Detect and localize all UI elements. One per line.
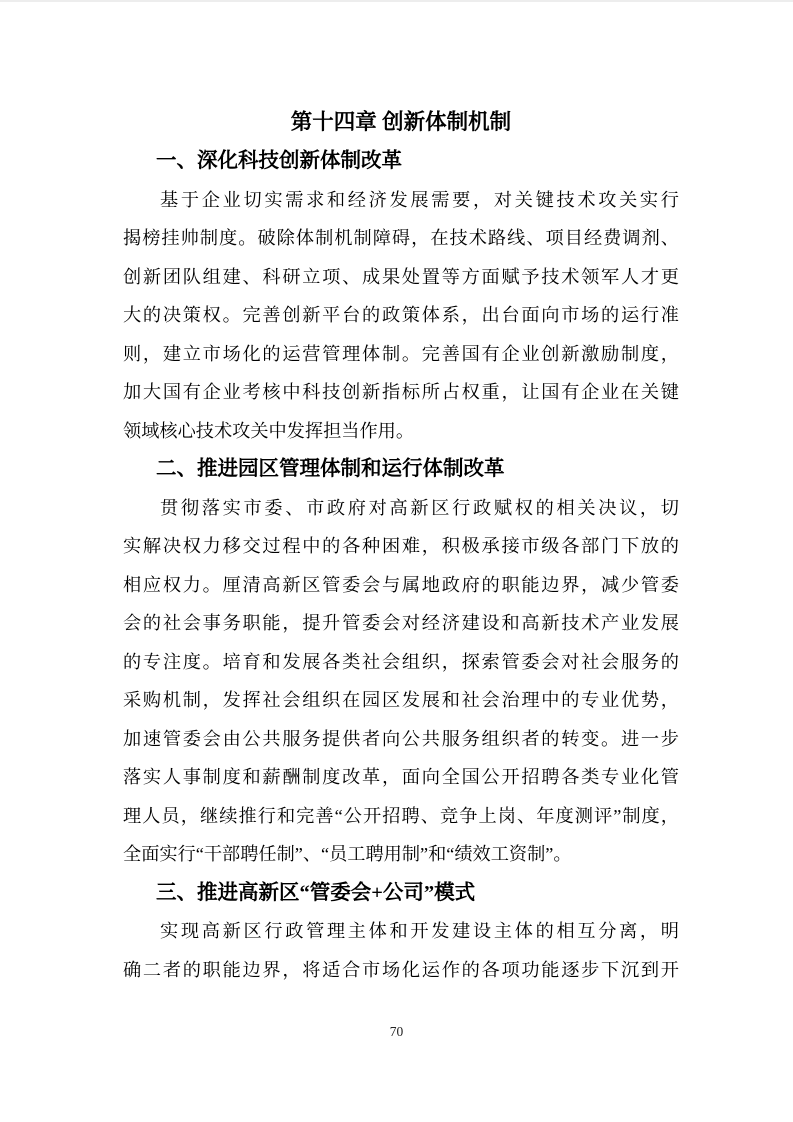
body-line: 实解决权力移交过程中的各种困难，积极承接市级各部门下放的 (123, 527, 679, 566)
body-line: 加速管委会由公共服务提供者向公共服务组织者的转变。进一步 (123, 720, 679, 759)
page-number: 70 (0, 1024, 793, 1040)
body-line: 的专注度。培育和发展各类社会组织，探索管委会对社会服务的 (123, 643, 679, 682)
section-heading-1: 一、深化科技创新体制改革 (123, 142, 679, 181)
body-line: 领域核心技术攻关中发挥担当作用。 (123, 412, 679, 451)
body-line: 贯彻落实市委、市政府对高新区行政赋权的相关决议，切 (123, 489, 679, 528)
page-content: 第十四章 创新体制机制 一、深化科技创新体制改革 基于企业切实需求和经济发展需要… (123, 102, 679, 989)
body-line: 则，建立市场化的运营管理体制。完善国有企业创新激励制度， (123, 335, 679, 374)
body-line: 相应权力。厘清高新区管委会与属地政府的职能边界，减少管委 (123, 566, 679, 605)
body-line: 基于企业切实需求和经济发展需要，对关键技术攻关实行 (123, 181, 679, 220)
chapter-title: 第十四章 创新体制机制 (123, 102, 679, 142)
body-line: 理人员，继续推行和完善“公开招聘、竞争上岗、年度测评”制度， (123, 797, 679, 836)
body-line: 实现高新区行政管理主体和开发建设主体的相互分离，明 (123, 912, 679, 951)
document-page: 第十四章 创新体制机制 一、深化科技创新体制改革 基于企业切实需求和经济发展需要… (0, 0, 793, 1122)
body-line: 确二者的职能边界，将适合市场化运作的各项功能逐步下沉到开 (123, 951, 679, 990)
body-line: 落实人事制度和薪酬制度改革，面向全国公开招聘各类专业化管 (123, 758, 679, 797)
body-line: 大的决策权。完善创新平台的政策体系，出台面向市场的运行准 (123, 296, 679, 335)
body-line: 采购机制，发挥社会组织在园区发展和社会治理中的专业优势， (123, 681, 679, 720)
section-heading-2: 二、推进园区管理体制和运行体制改革 (123, 450, 679, 489)
body-line: 会的社会事务职能，提升管委会对经济建设和高新技术产业发展 (123, 604, 679, 643)
body-line: 全面实行“干部聘任制”、“员工聘用制”和“绩效工资制”。 (123, 835, 679, 874)
section-heading-3: 三、推进高新区“管委会+公司”模式 (123, 874, 679, 913)
body-line: 创新团队组建、科研立项、成果处置等方面赋予技术领军人才更 (123, 258, 679, 297)
body-line: 加大国有企业考核中科技创新指标所占权重，让国有企业在关键 (123, 373, 679, 412)
body-line: 揭榜挂帅制度。破除体制机制障碍，在技术路线、项目经费调剂、 (123, 219, 679, 258)
